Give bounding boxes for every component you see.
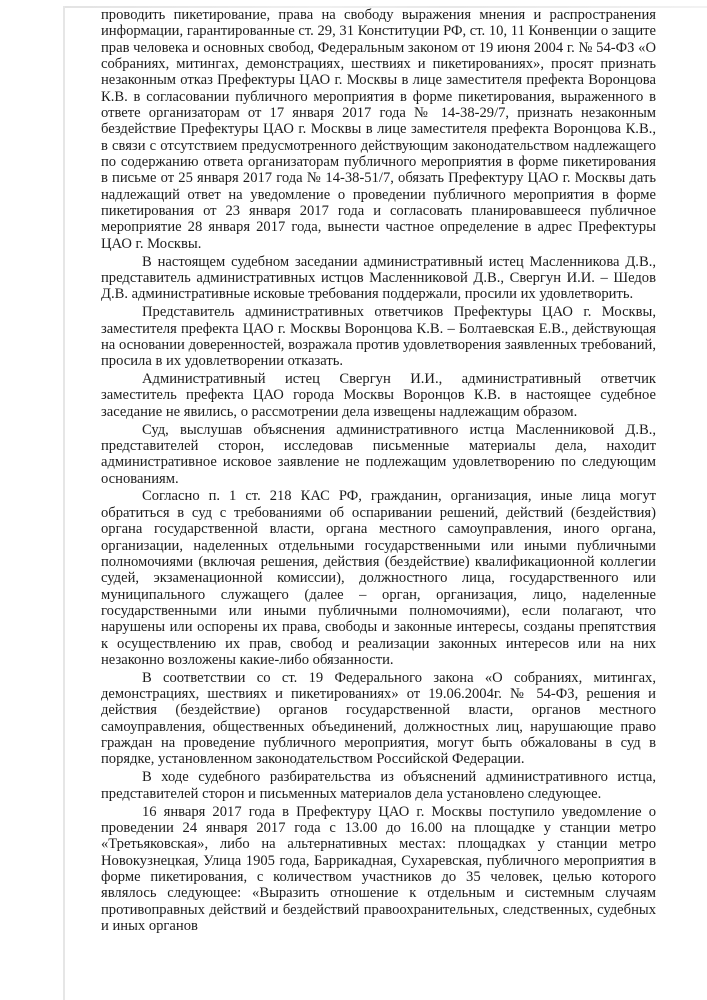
paragraph-defendant-representative: Представитель административных ответчико…: [101, 304, 656, 369]
paragraph-plaintiff-appearance: В настоящем судебном заседании администр…: [101, 254, 656, 303]
paragraph-federal-law-article-19: В соответствии со ст. 19 Федерального за…: [101, 670, 656, 768]
paragraph-claims-continued: проводить пикетирование, права на свобод…: [101, 7, 656, 252]
paragraph-notification-details: 16 января 2017 года в Префектуру ЦАО г. …: [101, 804, 656, 935]
paragraph-established-facts: В ходе судебного разбирательства из объя…: [101, 769, 656, 802]
paragraph-absent-parties: Административный истец Свергун И.И., адм…: [101, 371, 656, 420]
document-body: проводить пикетирование, права на свобод…: [101, 7, 656, 936]
paragraph-court-finding: Суд, выслушав объяснения административно…: [101, 422, 656, 487]
paragraph-kas-article-218: Согласно п. 1 ст. 218 КАС РФ, гражданин,…: [101, 488, 656, 668]
scan-left-edge: [63, 6, 65, 1000]
